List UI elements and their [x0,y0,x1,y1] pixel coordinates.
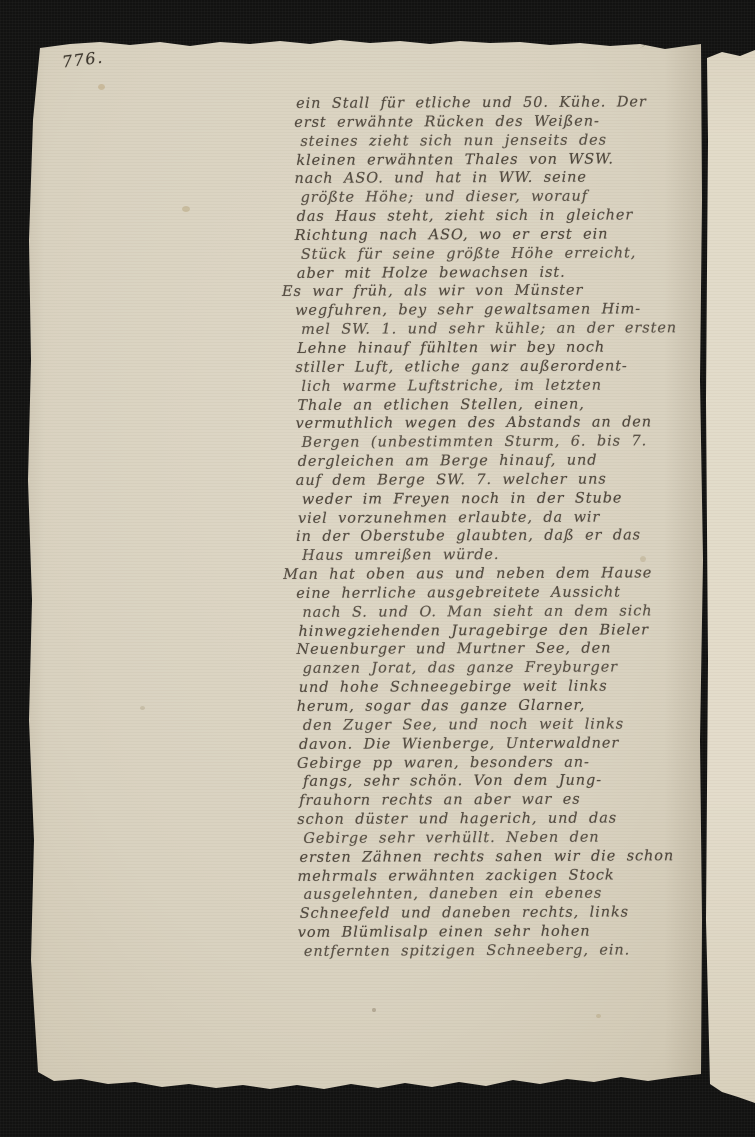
handwritten-line: dergleichen am Berge hinauf, und [298,451,692,472]
handwritten-line: weder im Freyen noch in der Stube [302,489,692,510]
handwritten-line: in der Oberstube glaubten, daß er das [296,527,692,548]
handwritten-line: Haus umreißen würde. [302,545,692,566]
handwritten-line: davon. Die Wienberge, Unterwaldner [299,734,693,755]
handwritten-line: Schneefeld und daneben rechts, links [300,903,694,924]
handwritten-line: Lehne hinauf fühlten wir bey noch [297,338,691,359]
paper-blemish [640,556,646,562]
handwritten-line: entfernten spitzigen Schneeberg, ein. [304,941,694,962]
handwritten-line: herum, sogar das ganze Glarner, [297,696,693,717]
paper-blemish [182,206,190,212]
handwritten-line: ganzen Jorat, das ganze Freyburger [303,658,693,679]
handwritten-line: das Haus steht, zieht sich in gleicher [297,206,691,227]
folio-number: 776. [61,48,105,72]
handwritten-line: stiller Luft, etliche ganz außerordent- [295,357,691,378]
handwritten-line: Neuenburger und Murtner See, den [296,640,692,661]
handwritten-line: mehrmals erwähnten zackigen Stock [297,866,693,887]
handwritten-line: und hohe Schneegebirge weit links [299,677,693,698]
handwritten-line: Gebirge sehr verhüllt. Neben den [303,828,693,849]
handwritten-line: wegfuhren, bey sehr gewaltsamen Him- [295,300,691,321]
handwritten-line: aber mit Holze bewachsen ist. [297,263,691,284]
handwritten-line: nach ASO. und hat in WW. seine [294,169,690,190]
handwritten-text-block: ein Stall für etliche und 50. Kühe. Dere… [296,93,694,962]
handwritten-line: vermuthlich wegen des Abstands an den [296,413,692,434]
manuscript-page: 776. ein Stall für etliche und 50. Kühe.… [0,0,755,1137]
handwritten-line: kleinen erwähnten Thales von WSW. [296,150,690,171]
handwritten-line: Stück für seine größte Höhe erreicht, [301,244,691,265]
handwritten-line: lich warme Luftstriche, im letzten [301,376,691,397]
handwritten-line: ein Stall für etliche und 50. Kühe. Der [296,93,690,114]
handwritten-line: größte Höhe; und dieser, worauf [301,187,691,208]
handwritten-line: ausgelehnten, daneben ein ebenes [304,885,694,906]
handwritten-line: vom Blümlisalp einen sehr hohen [298,922,694,943]
handwritten-line: hinwegziehenden Juragebirge den Bieler [298,621,692,642]
handwritten-line: auf dem Berge SW. 7. welcher uns [296,470,692,491]
handwritten-line: mel SW. 1. und sehr kühle; an der ersten [301,319,691,340]
handwritten-line: Gebirge pp waren, besonders an- [297,753,693,774]
handwritten-line: steines zieht sich nun jenseits des [300,131,690,152]
handwritten-line: Es war früh, als wir von Münster [282,282,691,303]
handwritten-line: Bergen (unbestimmten Sturm, 6. bis 7. [302,432,692,453]
paper-blemish [140,706,145,710]
handwritten-line: Richtung nach ASO, wo er erst ein [295,225,691,246]
paper-blemish [98,84,105,90]
handwritten-line: viel vorzunehmen erlaubte, da wir [298,508,692,529]
handwritten-line: erst erwähnte Rücken des Weißen- [294,112,690,133]
handwritten-line: Man hat oben aus und neben dem Hause [283,564,692,585]
handwritten-line: frauhorn rechts an aber war es [299,790,693,811]
paragraph: Man hat oben aus und neben dem Hauseeine… [298,564,694,961]
handwritten-line: nach S. und O. Man sieht an dem sich [302,602,692,623]
paragraph: ein Stall für etliche und 50. Kühe. Dere… [296,93,691,283]
handwritten-line: Thale an etlichen Stellen, einen, [297,395,691,416]
handwritten-line: den Zuger See, und noch weit links [303,715,693,736]
handwritten-line: schon düster und hagerich, und das [297,809,693,830]
handwritten-line: fangs, sehr schön. Von dem Jung- [303,772,693,793]
paragraph: Es war früh, als wir von Münsterwegfuhre… [297,282,692,566]
handwritten-line: ersten Zähnen rechts sahen wir die schon [299,847,693,868]
handwritten-line: eine herrliche ausgebreitete Aussicht [296,583,692,604]
paper-blemish [596,1014,601,1018]
paper-blemish [372,1008,376,1012]
